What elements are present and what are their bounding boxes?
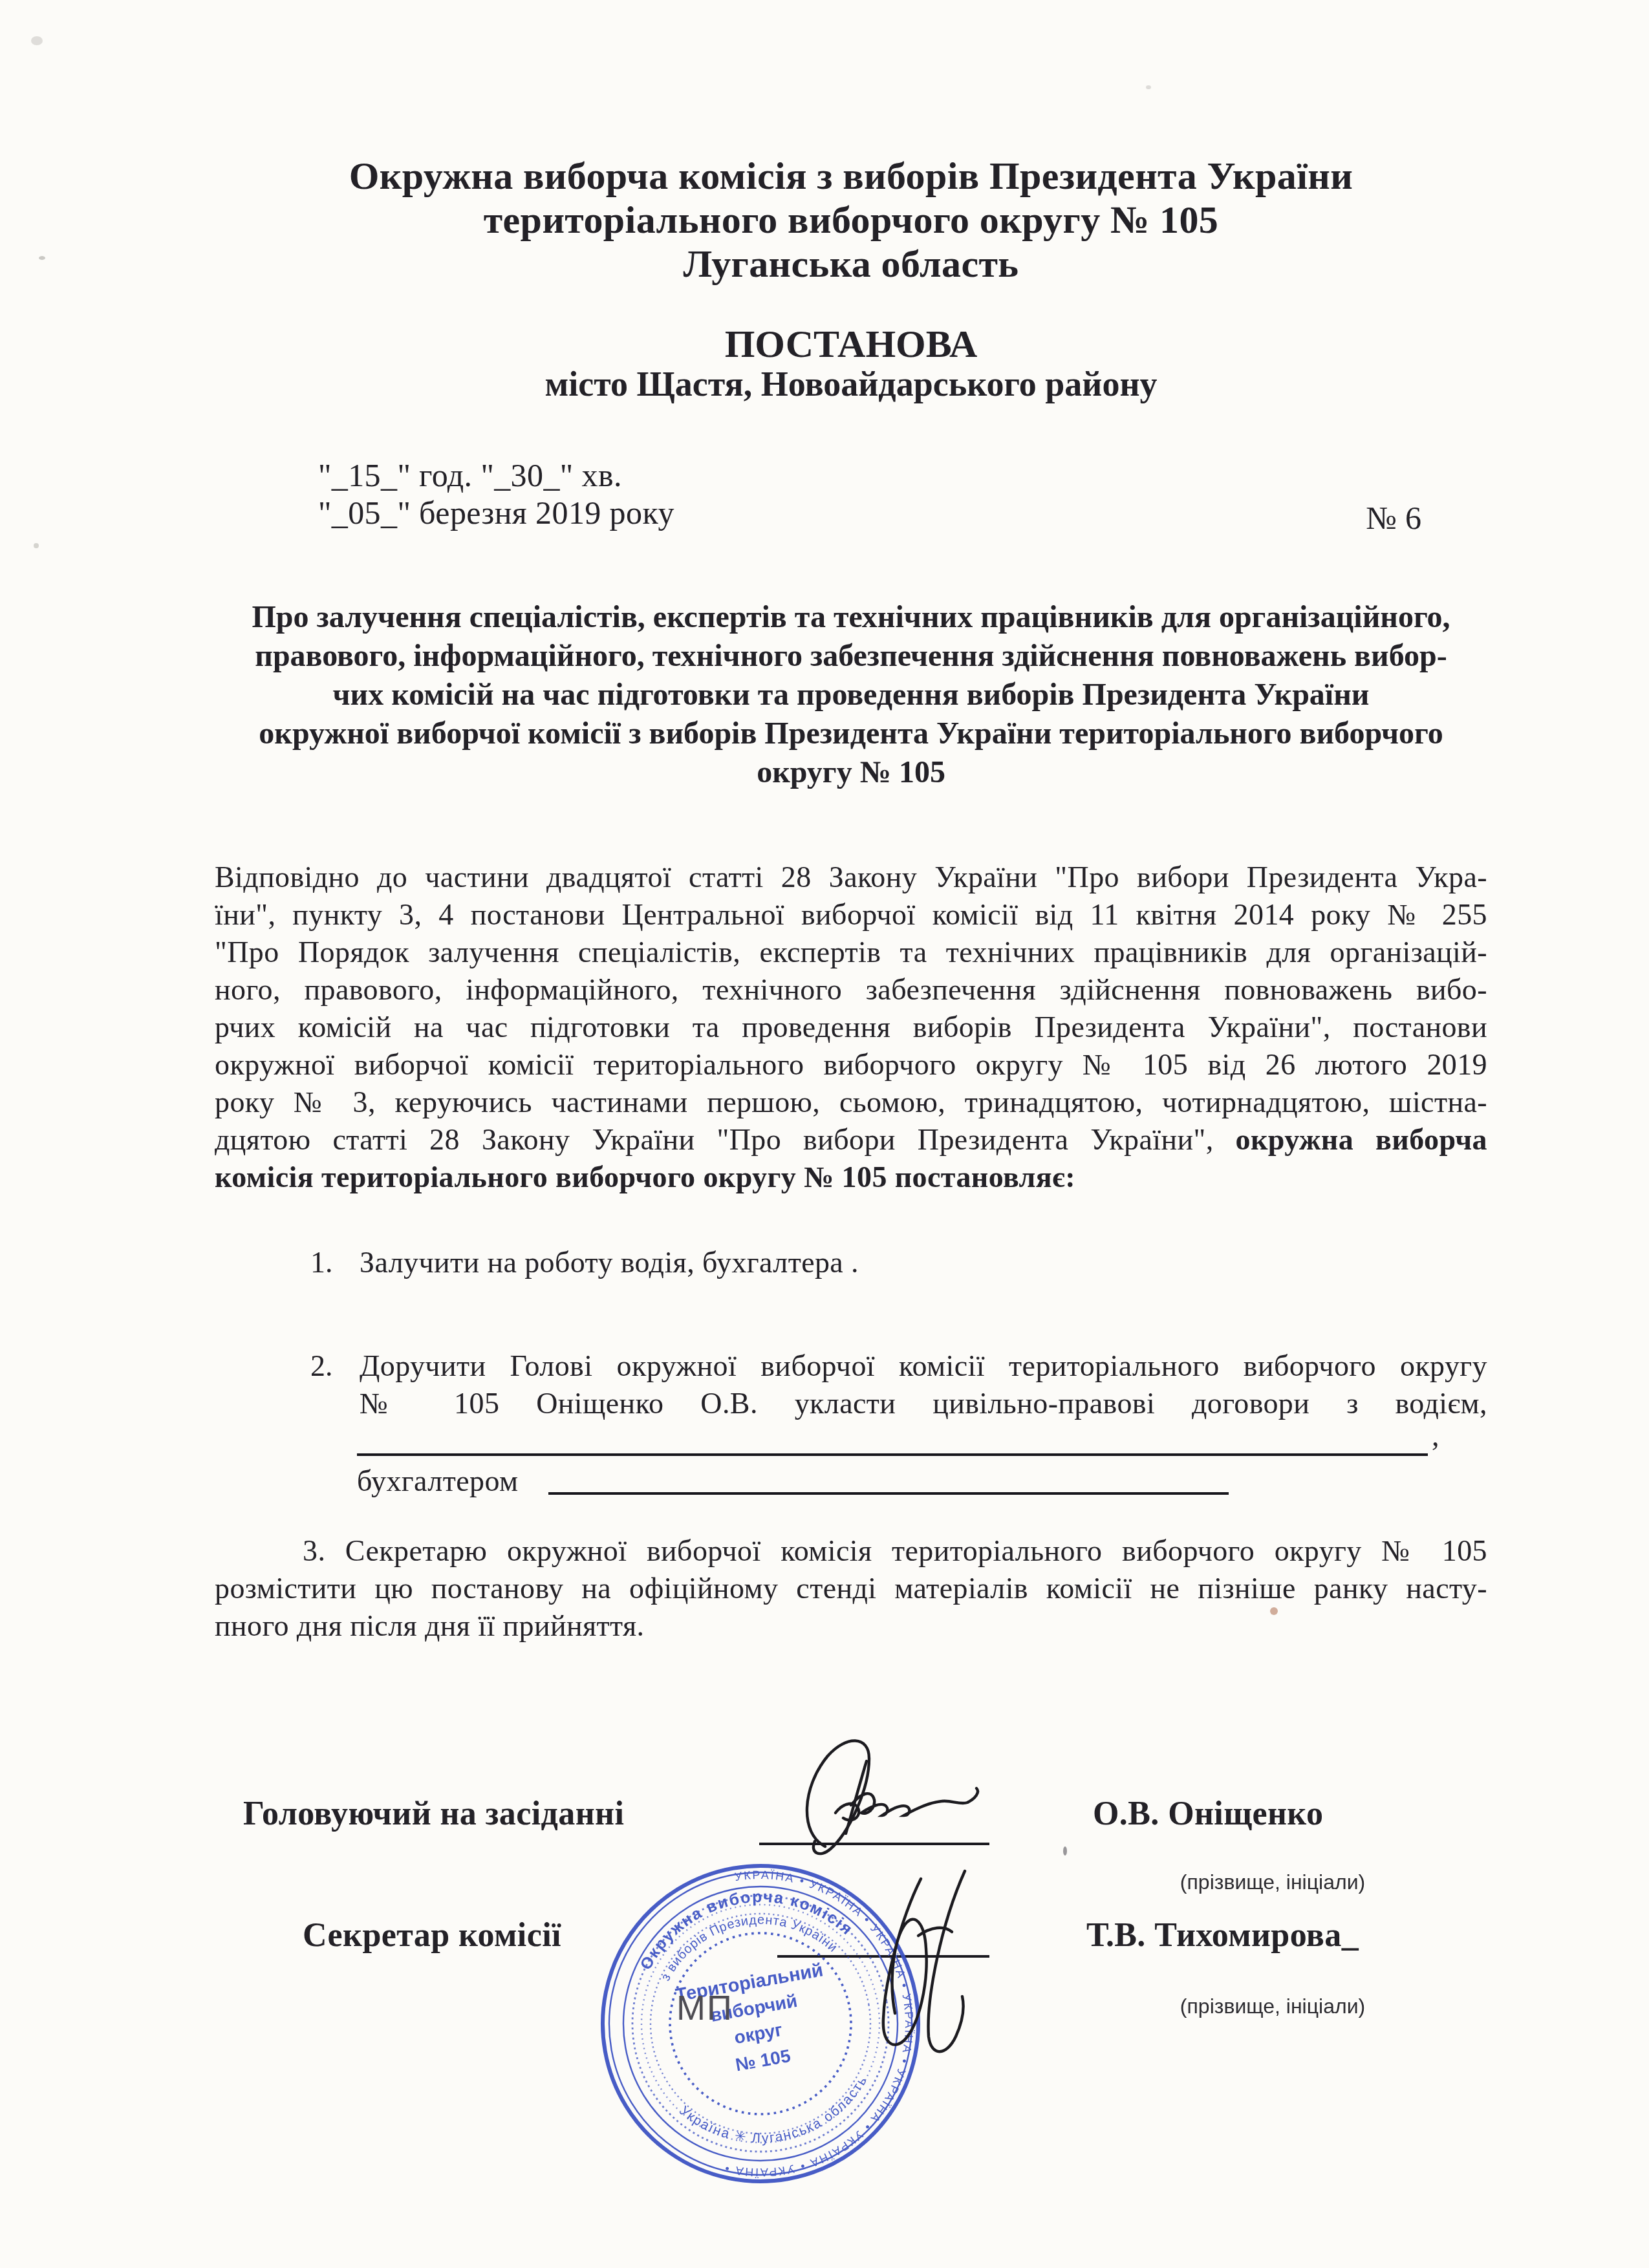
mp-seal-placeholder-label: МП	[676, 1989, 733, 2027]
letterhead: Окружна виборча комісія з виборів Презид…	[215, 155, 1487, 287]
subject-paragraph: Про залучення спеціалістів, експертів та…	[215, 599, 1487, 793]
paragraph-3-line: 3. Секретарю окружної виборчої комісія т…	[215, 1532, 1487, 1570]
paragraph-3-line: розмістити цю постанову на офіційному ст…	[215, 1570, 1487, 1607]
chairman-handwritten-signature	[776, 1733, 996, 1856]
scan-speck	[1063, 1846, 1067, 1856]
scan-speck	[34, 543, 39, 548]
scan-speck	[1146, 85, 1151, 89]
chairman-label: Головуючий на засіданні	[243, 1795, 624, 1834]
secretary-label: Секретар комісії	[303, 1916, 561, 1955]
subject-line: чих комісій на час підготовки та проведе…	[215, 676, 1487, 715]
paragraph-3: 3. Секретарю окружної виборчої комісія т…	[215, 1532, 1487, 1645]
list-item-2-line1: Доручити Голові окружної виборчої комісі…	[360, 1347, 1487, 1385]
document-number: № 6	[1366, 500, 1421, 538]
list-item-1-text: Залучити на роботу водія, бухгалтера .	[360, 1244, 859, 1281]
fill-in-blank-line	[357, 1425, 1428, 1456]
list-item-1-number: 1.	[310, 1244, 333, 1281]
secretary-name: Т.В. Тихомирова_	[1086, 1916, 1359, 1955]
preamble-line: окружної виборчої комісії територіальног…	[215, 1046, 1487, 1084]
paragraph-3-line: пного дня після дня її прийняття.	[215, 1607, 1487, 1645]
preamble-paragraph: Відповідно до частини двадцятої статті 2…	[215, 859, 1487, 1196]
subject-line: округу № 105	[215, 754, 1487, 793]
scan-speck	[1270, 1607, 1278, 1615]
scanned-document-page: Окружна виборча комісія з виборів Презид…	[0, 0, 1649, 2268]
chairman-name: О.В. Оніщенко	[1093, 1795, 1323, 1834]
preamble-line: рчих комісій на час підготовки та провед…	[215, 1009, 1487, 1046]
subject-line: Про залучення спеціалістів, експертів та…	[215, 599, 1487, 637]
scan-speck	[31, 36, 43, 45]
org-name-line1: Окружна виборча комісія з виборів Презид…	[215, 155, 1487, 199]
fill-in-blank-line-2	[548, 1464, 1229, 1495]
secretary-name-caption: (прізвище, ініціали)	[1161, 1996, 1384, 2020]
preamble-line: "Про Порядок залучення спеціалістів, екс…	[215, 934, 1487, 971]
org-name-line2: територіального виборчого округу № 105	[215, 199, 1487, 243]
date-line: "_05_" березня 2019 року	[318, 495, 674, 533]
scan-speck	[39, 256, 45, 260]
subject-line: окружної виборчої комісії з виборів През…	[215, 715, 1487, 754]
stamp-center-line4: № 105	[734, 2046, 792, 2075]
time-line: "_15_" год. "_30_" хв.	[318, 458, 622, 495]
secretary-handwritten-signature	[841, 1868, 1048, 2062]
preamble-line: ного, правового, інформаційного, технічн…	[215, 971, 1487, 1009]
org-name-line3: Луганська область	[215, 243, 1487, 287]
stamp-center-line3: округ	[733, 2020, 784, 2048]
list-item-2-line2: № 105 Оніщенко О.В. укласти цивільно-пра…	[360, 1385, 1487, 1422]
preamble-line: дцятою статті 28 Закону України "Про виб…	[215, 1121, 1487, 1159]
document-type-title: ПОСТАНОВА	[215, 325, 1487, 366]
subject-line: правового, інформаційного, технічного за…	[215, 637, 1487, 676]
chairman-name-caption: (прізвище, ініціали)	[1161, 1872, 1384, 1896]
preamble-line: їни", пункту 3, 4 постанови Центральної …	[215, 896, 1487, 934]
fill-in-blank-comma: ,	[1432, 1417, 1439, 1455]
list-item-2-number: 2.	[310, 1347, 333, 1385]
preamble-line: комісія територіального виборчого округу…	[215, 1159, 1487, 1196]
preamble-line: Відповідно до частини двадцятої статті 2…	[215, 859, 1487, 896]
accountant-word: бухгалтером	[357, 1462, 518, 1500]
preamble-line: року № 3, керуючись частинами першою, сь…	[215, 1084, 1487, 1121]
document-place: місто Щастя, Новоайдарського району	[215, 365, 1487, 403]
